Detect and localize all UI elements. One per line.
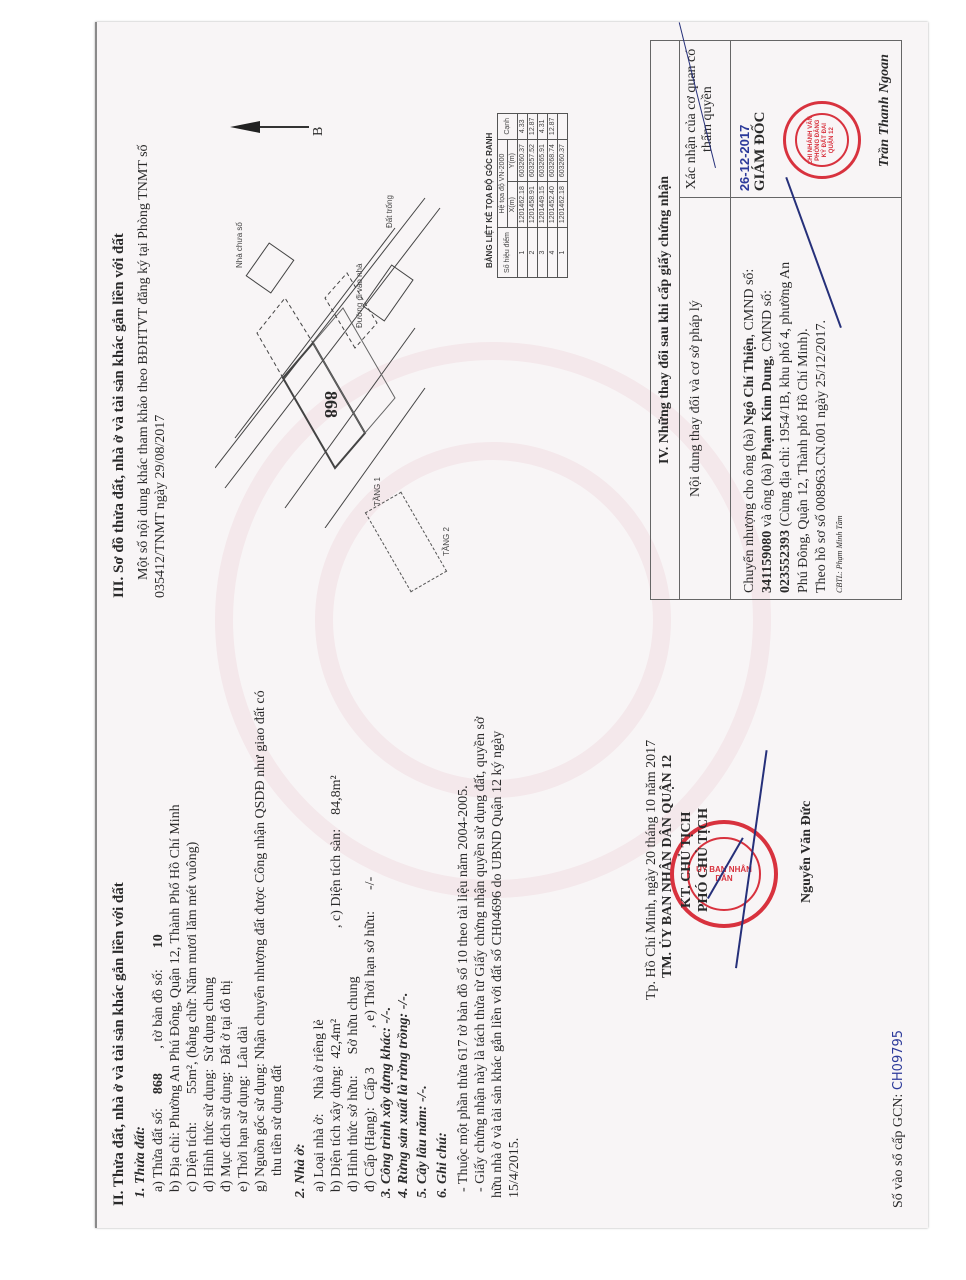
coord-cell-x: 1201458.91	[528, 182, 538, 228]
note-line-2: - Giấy chứng nhận này là tách thửa từ Gi…	[472, 717, 489, 1192]
section3-note-2: 035412/TNMT ngày 29/08/2017	[152, 415, 169, 598]
coord-cell-edge: 4.33	[518, 113, 528, 140]
coord-cell-x: 1201449.15	[538, 182, 548, 228]
coord-cell-point: 2	[528, 228, 538, 278]
coord-cell-edge: 4.31	[538, 113, 548, 140]
coord-table-row: 41201452.40603268.7412.87	[548, 113, 558, 277]
coord-cell-y: 603260.37	[518, 140, 528, 182]
coord-table-row: 11201462.18603260.37	[558, 113, 568, 277]
change-line-3: 023552393 (Cùng địa chỉ: 1954/1B, khu ph…	[777, 204, 795, 593]
coord-table-row: 31201449.15603265.914.31	[538, 113, 548, 277]
coord-cell-x: 1201452.40	[548, 182, 558, 228]
change-line-4: Phú Đông, Quận 12, Thành phố Hồ Chí Minh…	[795, 204, 813, 593]
change-line-1: Chuyển nhượng cho ông (bà) Ngô Chí Thiện…	[741, 204, 759, 593]
perennial-trees: 5. Cây lâu năm: -/-.	[415, 1085, 431, 1198]
changes-col2-header: Xác nhận của cơ quan có thẩm quyền	[680, 41, 731, 198]
coord-header-y: Y(m)	[508, 140, 518, 182]
coord-table-title: BẢNG LIỆT KÊ TỌA ĐỘ GÓC RANH	[485, 133, 494, 268]
land-usage-form: d) Hình thức sử dụng: Sử dụng chung	[201, 977, 218, 1192]
registry-number: Số vào sổ cấp GCN: CH09795	[890, 1030, 907, 1208]
coord-cell-y: 603260.37	[558, 140, 568, 182]
certificate-page: II. Thửa đất, nhà ở và tài sản khác gắn …	[95, 22, 928, 1228]
land-usage-term: e) Thời hạn sử dụng: Lâu dài	[235, 1026, 252, 1192]
change-confirmation: 26-12-2017 GIÁM ĐỐC CHI NHÁNH VĂN PHÒNG …	[731, 41, 902, 198]
changes-col1-header: Nội dung thay đổi và cơ sở pháp lý	[680, 198, 731, 600]
house-ownership: d) Hình thức sở hữu: Sở hữu chung	[345, 976, 362, 1192]
coord-cell-point: 4	[548, 228, 558, 278]
coord-cell-y: 603265.91	[538, 140, 548, 182]
page-edge	[95, 22, 97, 1228]
coord-cell-y: 603268.74	[548, 140, 558, 182]
coord-cell-point: 3	[538, 228, 548, 278]
diagram-label-neighbor: Nhà chưa số	[235, 222, 244, 268]
section4-title: IV. Những thay đổi sau khi cấp giấy chứn…	[651, 41, 680, 600]
diagram-label-path: Đường đi vào nhà	[355, 264, 364, 328]
changes-table: IV. Những thay đổi sau khi cấp giấy chứn…	[650, 40, 902, 600]
coord-cell-x: 1201462.18	[558, 182, 568, 228]
house-heading: 2. Nhà ở:	[293, 1143, 309, 1198]
floor1-label: TẦNG 1	[373, 477, 382, 506]
land-area: c) Diện tích: 55m², (bằng chữ: Năm mươi …	[184, 842, 201, 1192]
house-floor-area: , c) Diện tích sàn: 84,8m²	[328, 775, 345, 928]
section2-title: II. Thửa đất, nhà ở và tài sản khác gắn …	[111, 882, 128, 1206]
change-line-2: 341159080 và ông (bà) Phạm Kim Dung, CMN…	[759, 204, 777, 593]
section3-note-1: Một số nội dung khác tham khảo theo BĐHT…	[135, 144, 152, 580]
land-address: b) Địa chỉ: Phường An Phú Đông, Quận 12,…	[167, 804, 184, 1192]
north-arrow-head-icon	[230, 121, 260, 133]
land-origin: g) Nguồn gốc sử dụng: Nhận chuyển nhượng…	[252, 690, 269, 1192]
coord-cell-x: 1201462.18	[518, 182, 528, 228]
coord-table-row: 21201458.91603257.5212.87	[528, 113, 538, 277]
other-construction: 3. Công trình xây dựng khác: -/-.	[379, 1007, 395, 1198]
diagram-label-empty: Đất trống	[385, 195, 394, 228]
coord-header-x: X(m)	[508, 182, 518, 228]
signer-name: Nguyễn Văn Đức	[799, 801, 815, 903]
coord-cell-edge: 12.87	[528, 113, 538, 140]
registry-value: CH09795	[891, 1030, 906, 1090]
coord-cell-point: 1	[518, 228, 528, 278]
registration-seal: CHI NHÁNH VĂN PHÒNG ĐĂNG KÝ ĐẤT ĐAI QUẬN…	[783, 101, 861, 179]
land-parcel-number: a) Thửa đất số: 868 , tờ bản đồ số: 10	[150, 934, 167, 1192]
land-heading: 1. Thửa đất:	[133, 1126, 149, 1198]
confirmation-date: 26-12-2017	[737, 47, 752, 191]
note-line-3: hữu nhà ở và tài sản khác gắn liền với đ…	[489, 731, 506, 1198]
land-origin-cont: thu tiền sử dụng đất	[269, 1065, 286, 1176]
confirmation-role: GIÁM ĐỐC	[752, 47, 769, 191]
note-line-4: 15/4/2015.	[506, 1138, 523, 1198]
coord-header-point: Số hiệu điểm	[498, 228, 518, 278]
house-built-area: b) Diện tích xây dựng: 42,4m²	[328, 1019, 345, 1192]
coord-cell-y: 603257.52	[528, 140, 538, 182]
note-line-1: - Thuộc một phần thửa 617 tờ bản đồ số 1…	[455, 785, 472, 1192]
confirmation-signer: Trần Thanh Ngoan	[877, 54, 893, 167]
coord-header-edge: Cạnh	[498, 113, 518, 140]
place-date: Tp. Hồ Chí Minh, ngày 20 tháng 10 năm 20…	[643, 740, 660, 1000]
coord-cell-edge: 12.87	[548, 113, 558, 140]
house-grade: đ) Cấp (Hạng): Cấp 3	[362, 1067, 379, 1192]
planted-forest: 4. Rừng sản xuất là rừng trồng: -/-.	[396, 993, 412, 1198]
house-ownership-term: , e) Thời hạn sở hữu: -/-	[362, 877, 379, 1028]
coord-cell-edge	[558, 113, 568, 140]
parcel-diagram	[215, 168, 455, 528]
house-type: a) Loại nhà ở: Nhà ở riêng lẻ	[311, 1019, 328, 1192]
north-label: B	[310, 127, 327, 136]
coord-header-system: Hệ tọa độ VN-2000	[498, 140, 508, 228]
registration-seal-text: CHI NHÁNH VĂN PHÒNG ĐĂNG KÝ ĐẤT ĐAI QUẬN…	[795, 113, 849, 167]
coord-table: Số hiệu điểm Hệ tọa độ VN-2000 Cạnh X(m)…	[497, 113, 568, 278]
notes-heading: 6. Ghi chú:	[435, 1132, 451, 1198]
coord-table-row: 11201462.18603260.374.33	[518, 113, 528, 277]
signer-role-1: KT. CHỦ TỊCH	[679, 812, 695, 908]
parcel-number-label: 868	[320, 391, 341, 418]
land-usage-purpose: đ) Mục đích sử dụng: Đất ở tại đô thị	[218, 980, 235, 1192]
floor2-label: TẦNG 2	[442, 527, 451, 556]
section3-title: III. Sơ đồ thửa đất, nhà ở và tài sản kh…	[111, 233, 128, 598]
change-line-6: CBTL: Phạm Minh Tâm	[831, 204, 849, 593]
coord-cell-point: 1	[558, 228, 568, 278]
